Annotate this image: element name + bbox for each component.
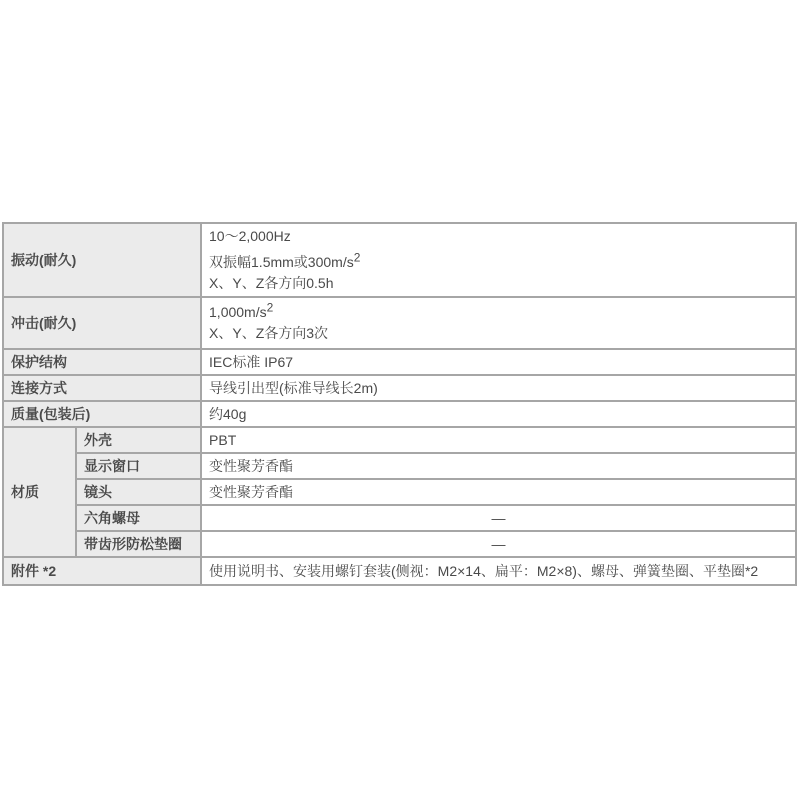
row-group-label-material: 材质: [3, 427, 76, 557]
row-label-accessories: 附件 *2: [3, 557, 201, 585]
row-label-connection: 连接方式: [3, 375, 201, 401]
spec-table: 振动(耐久) 10～2,000Hz 双振幅1.5mm或300m/s2 X、Y、Z…: [2, 222, 797, 586]
table-row-material-case: 材质 外壳 PBT: [3, 427, 796, 453]
row-value-hex-nut: —: [201, 505, 796, 531]
vibration-directions: X、Y、Z各方向0.5h: [209, 273, 788, 294]
table-row-vibration: 振动(耐久) 10～2,000Hz 双振幅1.5mm或300m/s2 X、Y、Z…: [3, 223, 796, 297]
table-row-protection: 保护结构 IEC标准 IP67: [3, 349, 796, 375]
shock-magnitude-text: 1,000m/s: [209, 304, 267, 320]
table-row-shock: 冲击(耐久) 1,000m/s2 X、Y、Z各方向3次: [3, 297, 796, 349]
vibration-frequency-range: 10～2,000Hz: [209, 226, 788, 247]
row-label-vibration: 振动(耐久): [3, 223, 201, 297]
table-row-material-lens: 镜头 变性聚芳香酯: [3, 479, 796, 505]
row-sublabel-toothed-washer: 带齿形防松垫圈: [76, 531, 201, 557]
row-label-weight: 质量(包装后): [3, 401, 201, 427]
shock-magnitude-superscript: 2: [267, 300, 274, 314]
row-value-vibration: 10～2,000Hz 双振幅1.5mm或300m/s2 X、Y、Z各方向0.5h: [201, 223, 796, 297]
table-row-material-display-window: 显示窗口 变性聚芳香酯: [3, 453, 796, 479]
row-value-toothed-washer: —: [201, 531, 796, 557]
shock-directions: X、Y、Z各方向3次: [209, 323, 788, 344]
row-sublabel-hex-nut: 六角螺母: [76, 505, 201, 531]
row-value-weight: 约40g: [201, 401, 796, 427]
vibration-amplitude-superscript: 2: [354, 250, 361, 264]
vibration-amplitude-text: 双振幅1.5mm或300m/s: [209, 254, 354, 270]
row-sublabel-display-window: 显示窗口: [76, 453, 201, 479]
shock-magnitude: 1,000m/s2: [209, 302, 788, 323]
vibration-amplitude: 双振幅1.5mm或300m/s2: [209, 252, 788, 273]
table-row-material-toothed-washer: 带齿形防松垫圈 —: [3, 531, 796, 557]
table-row-material-hex-nut: 六角螺母 —: [3, 505, 796, 531]
table-row-connection: 连接方式 导线引出型(标准导线长2m): [3, 375, 796, 401]
row-sublabel-lens: 镜头: [76, 479, 201, 505]
page: 振动(耐久) 10～2,000Hz 双振幅1.5mm或300m/s2 X、Y、Z…: [0, 0, 800, 800]
row-value-case: PBT: [201, 427, 796, 453]
row-label-protection: 保护结构: [3, 349, 201, 375]
row-value-accessories: 使用说明书、安装用螺钉套装(侧视：M2×14、扁平：M2×8)、螺母、弹簧垫圈、…: [201, 557, 796, 585]
table-row-accessories: 附件 *2 使用说明书、安装用螺钉套装(侧视：M2×14、扁平：M2×8)、螺母…: [3, 557, 796, 585]
row-value-shock: 1,000m/s2 X、Y、Z各方向3次: [201, 297, 796, 349]
row-sublabel-case: 外壳: [76, 427, 201, 453]
row-value-lens: 变性聚芳香酯: [201, 479, 796, 505]
table-row-weight: 质量(包装后) 约40g: [3, 401, 796, 427]
row-value-connection: 导线引出型(标准导线长2m): [201, 375, 796, 401]
row-value-protection: IEC标准 IP67: [201, 349, 796, 375]
row-label-shock: 冲击(耐久): [3, 297, 201, 349]
row-value-display-window: 变性聚芳香酯: [201, 453, 796, 479]
